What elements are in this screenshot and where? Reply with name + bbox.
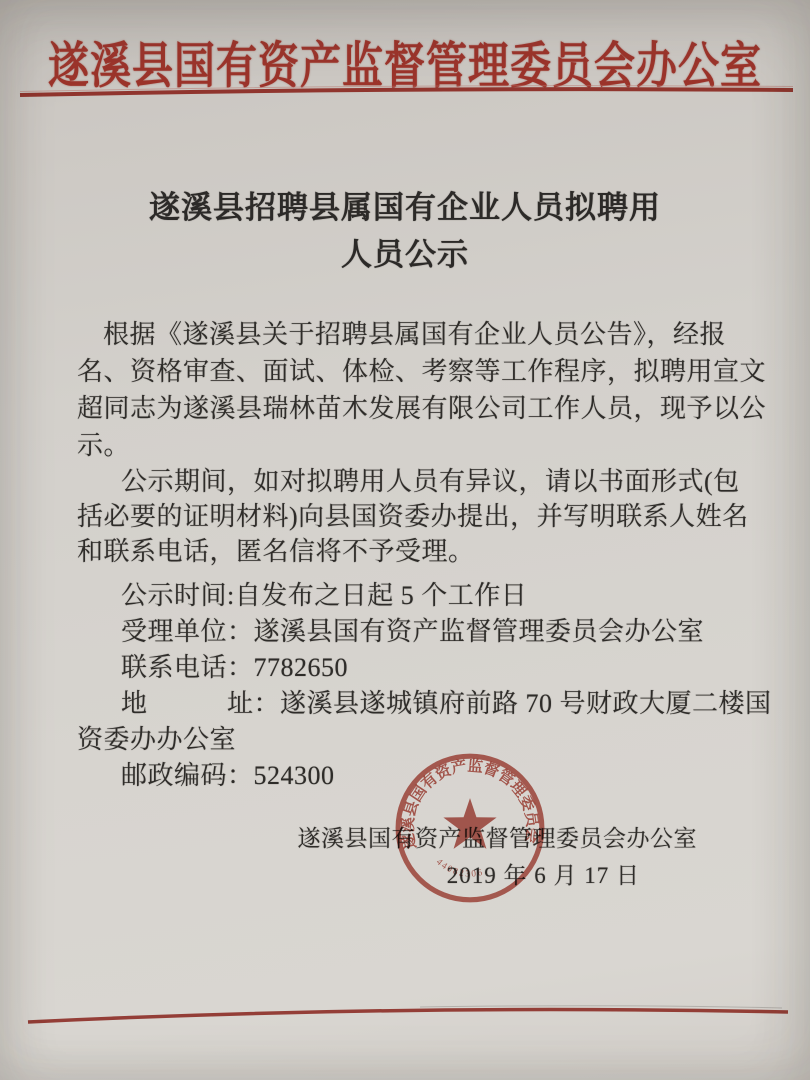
paragraph-objection: 公示期间，如对拟聘用人员有异议，请以书面形式(包 括必要的证明材料)向县国资委办…	[77, 464, 739, 569]
footer-rule-shadow	[420, 1006, 782, 1008]
body-line: 名、资格审查、面试、体检、考察等工作程序，拟聘用宣文	[77, 353, 739, 390]
body-line: 超同志为遂溪县瑞林苗木发展有限公司工作人员，现予以公	[77, 390, 739, 427]
doc-title-line2: 人员公示	[0, 231, 810, 278]
letterhead-org-name: 遂溪县国有资产监督管理委员会办公室	[0, 26, 810, 97]
detail-line-period: 公示时间:自发布之日起 5 个工作日	[77, 578, 739, 614]
document-photo: { "colors": { "paper": "#d5d2cd", "lette…	[0, 0, 810, 1080]
body-line: 和联系电话，匿名信将不予受理。	[77, 534, 739, 569]
detail-line-phone: 联系电话：7782650	[77, 650, 739, 686]
body-line: 示。	[77, 427, 739, 464]
body-line: 括必要的证明材料)向县国资委办提出，并写明联系人姓名	[77, 499, 739, 534]
footer-rule	[28, 1010, 788, 1022]
official-seal: 遂溪县国有资产监督管理委员会办公室 44082306	[386, 744, 554, 912]
seal-code: 44082306	[434, 857, 485, 879]
body-line: 根据《遂溪县关于招聘县属国有企业人员公告》，经报	[77, 316, 739, 353]
detail-line-unit: 受理单位：遂溪县国有资产监督管理委员会办公室	[77, 614, 739, 650]
detail-line-address: 地 址：遂溪县遂城镇府前路 70 号财政大厦二楼国	[77, 686, 739, 722]
doc-title: 遂溪县招聘县属国有企业人员拟聘用 人员公示	[0, 184, 810, 278]
seal-star-icon	[443, 798, 496, 849]
doc-title-line1: 遂溪县招聘县属国有企业人员拟聘用	[0, 184, 810, 231]
paragraph-basis: 根据《遂溪县关于招聘县属国有企业人员公告》，经报 名、资格审查、面试、体检、考察…	[77, 316, 739, 464]
body-line: 公示期间，如对拟聘用人员有异议，请以书面形式(包	[77, 464, 739, 499]
